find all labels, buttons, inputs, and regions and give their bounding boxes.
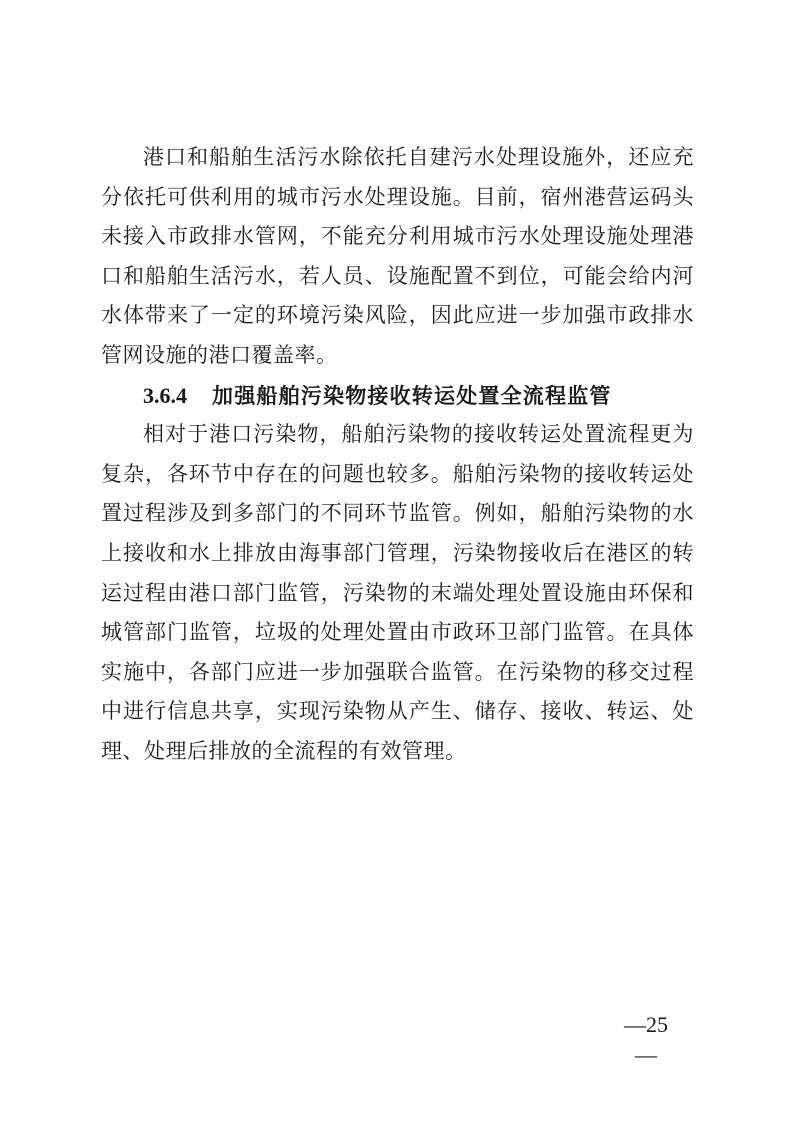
page-number: —25— (616, 1010, 676, 1070)
paragraph-port-sewage: 港口和船舶生活污水除依托自建污水处理设施外，还应充分依托可供利用的城市污水处理设… (101, 138, 694, 376)
section-number: 3.6.4 (143, 376, 212, 416)
section-title: 加强船舶污染物接收转运处置全流程监管 (212, 383, 612, 408)
document-page-body: 港口和船舶生活污水除依托自建污水处理设施外，还应充分依托可供利用的城市污水处理设… (101, 138, 694, 772)
paragraph-ship-pollutant-supervision: 相对于港口污染物，船舶污染物的接收转运处置流程更为复杂，各环节中存在的问题也较多… (101, 415, 694, 771)
section-heading: 3.6.4加强船舶污染物接收转运处置全流程监管 (101, 376, 694, 416)
